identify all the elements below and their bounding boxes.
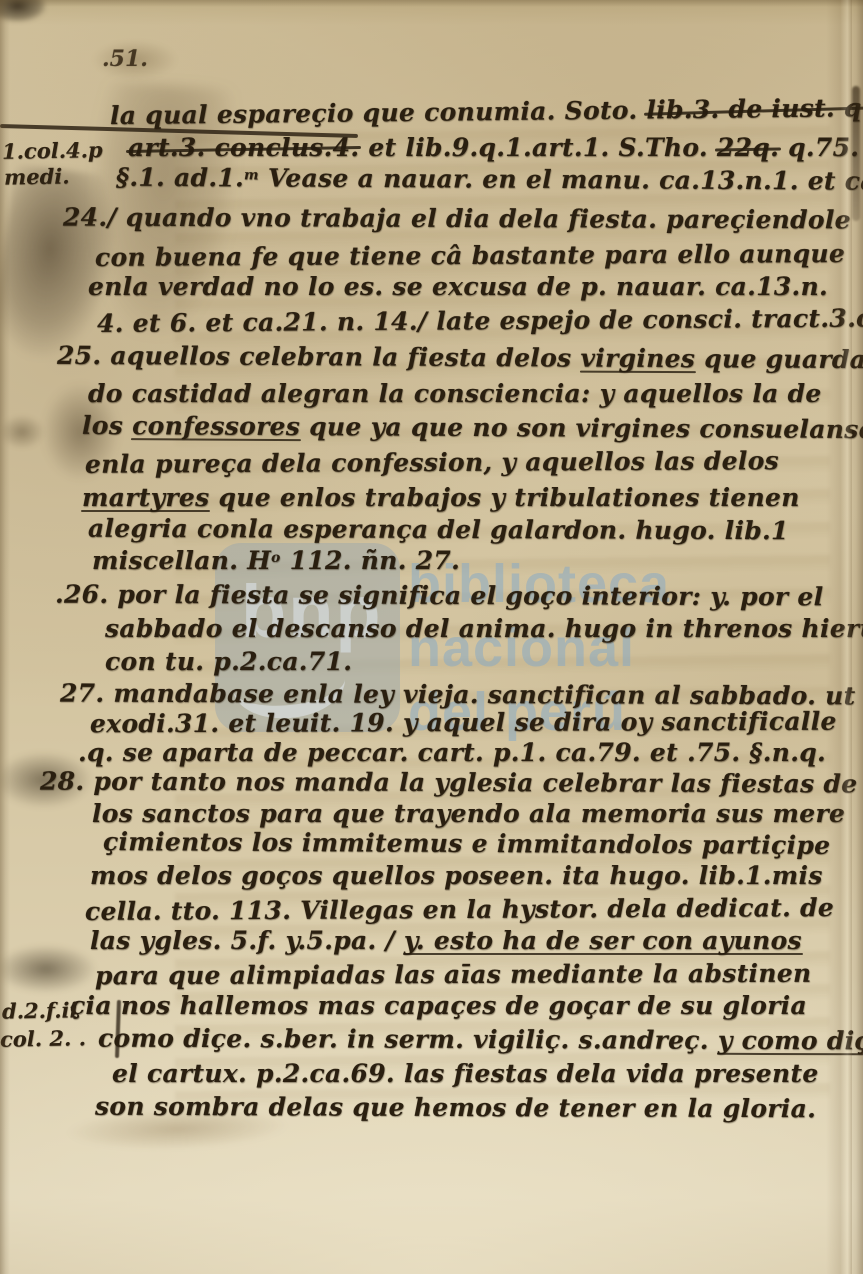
page-edge-shadow-left <box>0 0 10 1274</box>
page-fold-shade <box>826 0 852 1274</box>
text-segment: la qual espareçio que conumia. Soto. <box>110 96 647 131</box>
text-segment: .26. por la fiesta se significa el goço … <box>55 580 824 612</box>
text-segment: 4. et 6. et ca.21. n. 14./ late espejo d… <box>97 303 863 338</box>
text-segment: o <box>271 550 280 566</box>
manuscript-line: enla verdad no lo es. se excusa de p. na… <box>88 272 828 301</box>
manuscript-line: son sombra delas que hemos de tener en l… <box>95 1092 816 1124</box>
text-segment: §.1. ad.1. <box>116 163 244 193</box>
manuscript-line: çia nos hallemos mas capaçes de goçar de… <box>70 991 807 1020</box>
text-segment: para que alimpiadas las aīas mediante la… <box>95 959 812 991</box>
text-segment: 112. ñn. 27. <box>281 546 460 575</box>
text-segment: son sombra delas que hemos de tener en l… <box>95 1092 816 1124</box>
text-segment: art.3. conclus.4. <box>128 133 359 162</box>
text-segment: que enlos trabajos y tribulationes tiene… <box>209 483 799 512</box>
manuscript-line: art.3. conclus.4. et lib.9.q.1.art.1. S.… <box>128 133 863 162</box>
manuscript-line: 4. et 6. et ca.21. n. 14./ late espejo d… <box>97 303 863 338</box>
text-segment: como diçe. s.ber. in serm. vigiliç. s.an… <box>98 1024 718 1055</box>
text-segment: 27. mandabase enla ley vieja. sanctifica… <box>60 679 856 711</box>
text-segment: exodi.31. et leuit. 19. y aquel se dira … <box>90 707 837 739</box>
text-segment: 28. por tanto nos manda la yglesia celeb… <box>40 767 858 799</box>
manuscript-line: sabbado el descanso del anima. hugo in t… <box>105 614 863 643</box>
manuscript-line: con buena fe que tiene câ bastante para … <box>95 239 845 272</box>
manuscript-line: çimientos los immitemus e immitandolos p… <box>103 827 831 860</box>
text-segment: el cartux. p.2.ca.69. las fiestas dela v… <box>112 1059 819 1088</box>
text-segment: enla pureça dela confession, y aquellos … <box>85 446 779 479</box>
manuscript-line: 28. por tanto nos manda la yglesia celeb… <box>40 767 858 799</box>
manuscript-line: los confessores que ya que no son virgin… <box>82 411 863 444</box>
text-segment: .q. se aparta de peccar. cart. p.1. ca.7… <box>78 738 826 767</box>
margin-note: d.2.f.ii <box>2 997 78 1023</box>
text-segment: los sanctos para que trayendo ala memori… <box>92 799 845 828</box>
manuscript-line: exodi.31. et leuit. 19. y aquel se dira … <box>90 707 837 739</box>
manuscript-line: con tu. p.2.ca.71. <box>105 647 352 676</box>
text-segment: las ygles. 5.f. y.5.pa. / <box>90 926 404 955</box>
text-segment: 24./ quando vno trabaja el dia dela fies… <box>63 203 851 235</box>
text-segment: alegria conla esperança del galardon. hu… <box>88 514 789 545</box>
text-segment: miscellan. H <box>92 546 271 575</box>
text-segment: m <box>244 167 259 183</box>
text-segment: los <box>82 411 132 440</box>
text-segment: mos delos goços quellos poseen. ita hugo… <box>90 861 823 890</box>
text-segment: 25. aquellos celebran la fiesta delos <box>57 341 581 373</box>
text-segment: y. esto ha de ser con ayunos <box>404 926 802 955</box>
text-segment: çia nos hallemos mas capaçes de goçar de… <box>70 991 807 1020</box>
text-segment: Vease a nauar. en el manu. ca.13.n.1. et… <box>259 163 863 196</box>
text-segment: confessores <box>132 411 300 441</box>
manuscript-line: enla pureça dela confession, y aquellos … <box>85 446 779 479</box>
manuscript-line: 27. mandabase enla ley vieja. sanctifica… <box>60 679 856 711</box>
text-segment: cella. tto. 113. Villegas en la hystor. … <box>85 893 834 926</box>
manuscript-line: el cartux. p.2.ca.69. las fiestas dela v… <box>112 1059 819 1088</box>
margin-note: col. 2. . <box>0 1025 86 1051</box>
manuscript-line: 24./ quando vno trabaja el dia dela fies… <box>63 203 851 235</box>
text-segment: virgines <box>580 344 695 374</box>
manuscript-line: como diçe. s.ber. in serm. vigiliç. s.an… <box>98 1024 863 1056</box>
manuscript-line: §.1. ad.1.m Vease a nauar. en el manu. c… <box>116 163 863 197</box>
text-segment: con tu. p.2.ca.71. <box>105 647 352 676</box>
manuscript-line: los sanctos para que trayendo ala memori… <box>92 799 845 828</box>
text-segment: con buena fe que tiene câ bastante para … <box>95 239 845 272</box>
manuscript-line: mos delos goços quellos poseen. ita hugo… <box>90 861 823 890</box>
manuscript-line: 25. aquellos celebran la fiesta delos vi… <box>57 341 863 374</box>
text-segment: sabbado el descanso del anima. hugo in t… <box>105 614 863 643</box>
text-segment: do castidad alegran la consciencia: y aq… <box>88 379 822 408</box>
manuscript-line: cella. tto. 113. Villegas en la hystor. … <box>85 893 834 926</box>
manuscript-line: para que alimpiadas las aīas mediante la… <box>95 959 812 991</box>
text-segment: et lib.9.q.1.art.1. S.Tho. <box>359 133 717 162</box>
manuscript-line: do castidad alegran la consciencia: y aq… <box>88 379 822 408</box>
manuscript-page: bnp biblioteca nacional del perú .51. la… <box>0 0 863 1274</box>
text-segment: çimientos los immitemus e immitandolos p… <box>103 827 831 860</box>
margin-note: medi. <box>4 163 70 189</box>
text-segment: martyres <box>82 483 209 512</box>
text-segment: 22q. <box>717 133 779 162</box>
page-edge-shadow-top <box>0 0 863 7</box>
folio-number: .51. <box>102 46 148 72</box>
text-segment: enla verdad no lo es. se excusa de p. na… <box>88 272 828 301</box>
manuscript-line: martyres que enlos trabajos y tribulatio… <box>82 483 800 512</box>
manuscript-line: miscellan. Ho 112. ñn. 27. <box>92 546 460 575</box>
text-segment: que ya que no son virgines consuelanse <box>300 412 863 444</box>
manuscript-line: alegria conla esperança del galardon. hu… <box>88 514 789 545</box>
manuscript-line: las ygles. 5.f. y.5.pa. / y. esto ha de … <box>90 926 802 955</box>
manuscript-line: .q. se aparta de peccar. cart. p.1. ca.7… <box>78 738 826 767</box>
margin-note: 1.col.4.p <box>2 137 103 164</box>
manuscript-line: .26. por la fiesta se significa el goço … <box>55 580 824 612</box>
